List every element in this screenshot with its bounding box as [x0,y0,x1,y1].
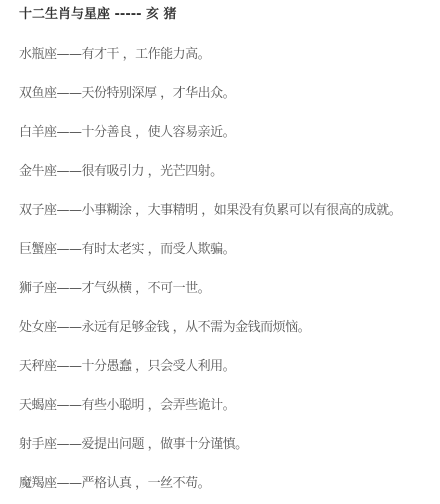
zodiac-line-libra: 天秤座——十分愚蠢 ，只会受人利用。 [19,355,235,374]
zodiac-line-taurus: 金牛座——很有吸引力 ，光芒四射。 [19,160,223,179]
zodiac-line-sagittarius: 射手座——爱提出问题 ，做事十分谨慎。 [19,433,248,452]
zodiac-line-scorpio: 天蝎座——有些小聪明 ，会弄些诡计。 [19,394,235,413]
zodiac-line-leo: 狮子座——才气纵横 ，不可一世。 [19,277,210,296]
zodiac-line-aquarius: 水瓶座——有才干 ，工作能力高。 [19,43,210,62]
zodiac-line-virgo: 处女座——永远有足够金钱 ，从不需为金钱而烦恼。 [19,316,310,335]
zodiac-line-gemini: 双子座——小事糊涂 ，大事精明 ，如果没有负累可以有很高的成就。 [19,199,401,218]
page-title: 十二生肖与星座 ----- 亥 猪 [19,3,177,22]
zodiac-line-cancer: 巨蟹座——有时太老实 ，而受人欺骗。 [19,238,235,257]
zodiac-line-capricorn: 魔羯座——严格认真 ，一丝不苟。 [19,472,210,491]
zodiac-line-pisces: 双鱼座——天份特别深厚 ，才华出众。 [19,82,235,101]
zodiac-line-aries: 白羊座——十分善良 ，使人容易亲近。 [19,121,235,140]
